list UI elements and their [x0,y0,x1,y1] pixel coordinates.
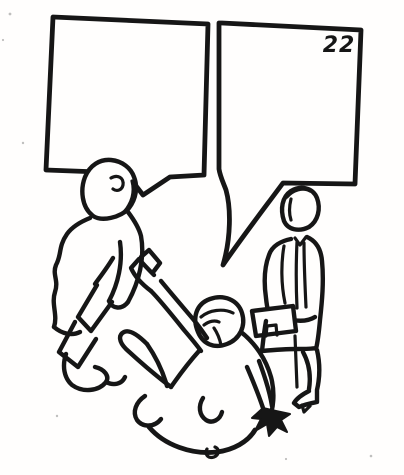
fallen-figure-chest [171,351,199,387]
fallen-figure-shin [147,344,167,386]
right-figure-jacket-front-a [296,242,297,308]
line-drawing: 22 [0,0,404,475]
handbag-body [252,306,296,336]
fallen-figure-prop-arm-outer [247,367,263,408]
right-figure-face-line [290,199,292,220]
right-figure-leg-b [317,350,319,390]
right-figure-inner-sleeve [282,246,285,303]
speck-dot [370,455,373,458]
speck-dot [56,415,58,417]
right-figure-leg-a [303,352,310,389]
speck-dot [22,142,24,144]
fallen-figure-seat-arc [149,427,255,453]
speck-dot [2,39,4,41]
speck-dot [9,13,12,16]
right-figure-jacket-front-b [304,243,306,307]
right-figure-skirt-front-line [295,336,297,387]
left-figure-back [54,218,90,327]
left-figure-arm-inner [109,242,121,301]
bubble-number-label: 22 [323,33,356,58]
left-figure-bent-knee-upper [78,285,112,331]
right-figure-right-side [307,237,323,349]
fallen-figure-ground-hand [252,408,290,436]
right-figure-skirt-hem [262,348,316,351]
right-figure-shoe [294,391,317,407]
illustration-canvas: 22 [0,0,404,475]
speck-dot [285,458,287,460]
handbag [252,306,296,336]
fallen-figure-left-shoe [135,396,161,426]
fallen-figure-right-foot [200,398,222,422]
left-figure-coat-fold [95,258,113,284]
standing-person-right [252,188,323,412]
standing-person-left [54,160,143,390]
